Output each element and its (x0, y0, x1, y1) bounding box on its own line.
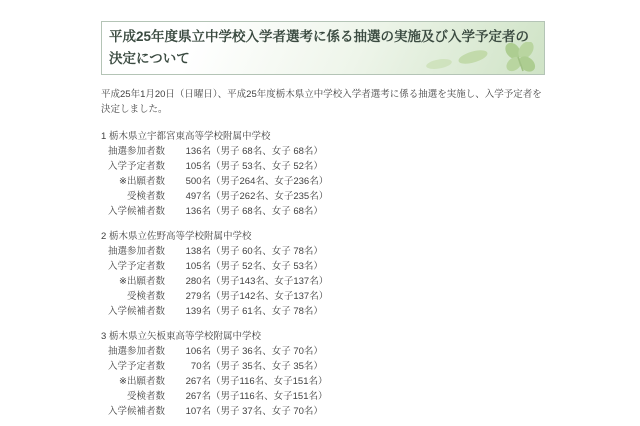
stat-row: ※出願者数500名（男子264名、女子236名） (101, 174, 545, 189)
stat-label: 受検者数 (101, 189, 165, 204)
stat-count: 139名 (165, 304, 211, 319)
stat-label: 入学予定者数 (101, 159, 165, 174)
stat-row: ※出願者数267名（男子116名、女子151名） (101, 374, 545, 389)
stat-row: 入学候補者数139名（男子 61名、女子 78名） (101, 304, 545, 319)
stat-count: 280名 (165, 274, 211, 289)
school-name: 栃木県立矢板東高等学校附属中学校 (109, 331, 261, 342)
intro-paragraph: 平成25年1月20日（日曜日）、平成25年度栃木県立中学校入学者選考に係る抽選を… (101, 87, 545, 117)
stat-count: 138名 (165, 244, 211, 259)
stat-label: 入学予定者数 (101, 359, 165, 374)
stat-count: 267名 (165, 374, 211, 389)
stat-detail: （男子 68名、女子 68名） (211, 144, 323, 159)
stat-row: ※出願者数280名（男子143名、女子137名） (101, 274, 545, 289)
stat-count: 107名 (165, 404, 211, 419)
stat-row: 抽選参加者数136名（男子 68名、女子 68名） (101, 144, 545, 159)
stat-row: 受検者数497名（男子262名、女子235名） (101, 189, 545, 204)
stat-count: 136名 (165, 144, 211, 159)
stat-count: 105名 (165, 159, 211, 174)
stat-row: 受検者数279名（男子142名、女子137名） (101, 289, 545, 304)
stat-detail: （男子116名、女子151名） (211, 389, 328, 404)
stat-row: 入学候補者数107名（男子 37名、女子 70名） (101, 404, 545, 419)
stat-detail: （男子 68名、女子 68名） (211, 204, 323, 219)
stat-count: 106名 (165, 344, 211, 359)
stat-label: ※出願者数 (101, 174, 165, 189)
stat-row: 入学予定者数105名（男子 53名、女子 52名） (101, 159, 545, 174)
stat-count: 279名 (165, 289, 211, 304)
page: { "header": { "title": "平成25年度県立中学校入学者選考… (0, 0, 640, 426)
stat-detail: （男子142名、女子137名） (211, 289, 328, 304)
stat-count: 105名 (165, 259, 211, 274)
stat-label: 抽選参加者数 (101, 244, 165, 259)
school-index: 2 (101, 231, 106, 242)
stat-count: 136名 (165, 204, 211, 219)
stat-rows: 抽選参加者数136名（男子 68名、女子 68名） 入学予定者数105名（男子 … (101, 144, 545, 219)
school-heading: 3 栃木県立矢板東高等学校附属中学校 (101, 329, 545, 344)
stat-detail: （男子 61名、女子 78名） (211, 304, 323, 319)
stat-label: ※出願者数 (101, 274, 165, 289)
stat-detail: （男子 35名、女子 35名） (211, 359, 323, 374)
stat-row: 受検者数267名（男子116名、女子151名） (101, 389, 545, 404)
stat-label: 入学候補者数 (101, 304, 165, 319)
stat-label: 受検者数 (101, 389, 165, 404)
stat-detail: （男子116名、女子151名） (211, 374, 328, 389)
school-section: 3 栃木県立矢板東高等学校附属中学校 抽選参加者数106名（男子 36名、女子 … (101, 329, 545, 419)
school-section: 2 栃木県立佐野高等学校附属中学校 抽選参加者数138名（男子 60名、女子 7… (101, 229, 545, 319)
stat-label: ※出願者数 (101, 374, 165, 389)
school-heading: 1 栃木県立宇都宮東高等学校附属中学校 (101, 129, 545, 144)
stat-row: 入学予定者数105名（男子 52名、女子 53名） (101, 259, 545, 274)
stat-detail: （男子143名、女子137名） (211, 274, 328, 289)
stat-count: 500名 (165, 174, 211, 189)
stat-count: 70名 (165, 359, 211, 374)
stat-label: 入学予定者数 (101, 259, 165, 274)
stat-detail: （男子 53名、女子 52名） (211, 159, 323, 174)
school-name: 栃木県立佐野高等学校附属中学校 (109, 231, 252, 242)
stat-detail: （男子264名、女子236名） (211, 174, 328, 189)
stat-detail: （男子262名、女子235名） (211, 189, 328, 204)
stat-row: 入学予定者数70名（男子 35名、女子 35名） (101, 359, 545, 374)
title-box: 平成25年度県立中学校入学者選考に係る抽選の実施及び入学予定者の決定について (101, 21, 545, 75)
stat-detail: （男子 60名、女子 78名） (211, 244, 323, 259)
stat-rows: 抽選参加者数138名（男子 60名、女子 78名） 入学予定者数105名（男子 … (101, 244, 545, 319)
stat-count: 497名 (165, 189, 211, 204)
stat-detail: （男子 37名、女子 70名） (211, 404, 323, 419)
stat-row: 抽選参加者数106名（男子 36名、女子 70名） (101, 344, 545, 359)
stat-count: 267名 (165, 389, 211, 404)
school-name: 栃木県立宇都宮東高等学校附属中学校 (109, 131, 271, 142)
stat-label: 受検者数 (101, 289, 165, 304)
page-title: 平成25年度県立中学校入学者選考に係る抽選の実施及び入学予定者の決定について (109, 26, 537, 70)
stat-label: 入学候補者数 (101, 204, 165, 219)
school-sections: 1 栃木県立宇都宮東高等学校附属中学校 抽選参加者数136名（男子 68名、女子… (101, 129, 545, 419)
stat-row: 抽選参加者数138名（男子 60名、女子 78名） (101, 244, 545, 259)
stat-row: 入学候補者数136名（男子 68名、女子 68名） (101, 204, 545, 219)
school-heading: 2 栃木県立佐野高等学校附属中学校 (101, 229, 545, 244)
stat-label: 入学候補者数 (101, 404, 165, 419)
content-area: 平成25年度県立中学校入学者選考に係る抽選の実施及び入学予定者の決定について 平… (101, 21, 545, 419)
stat-label: 抽選参加者数 (101, 344, 165, 359)
stat-label: 抽選参加者数 (101, 144, 165, 159)
school-index: 1 (101, 131, 106, 142)
stat-detail: （男子 36名、女子 70名） (211, 344, 323, 359)
stat-rows: 抽選参加者数106名（男子 36名、女子 70名） 入学予定者数70名（男子 3… (101, 344, 545, 419)
school-index: 3 (101, 331, 106, 342)
stat-detail: （男子 52名、女子 53名） (211, 259, 323, 274)
school-section: 1 栃木県立宇都宮東高等学校附属中学校 抽選参加者数136名（男子 68名、女子… (101, 129, 545, 219)
